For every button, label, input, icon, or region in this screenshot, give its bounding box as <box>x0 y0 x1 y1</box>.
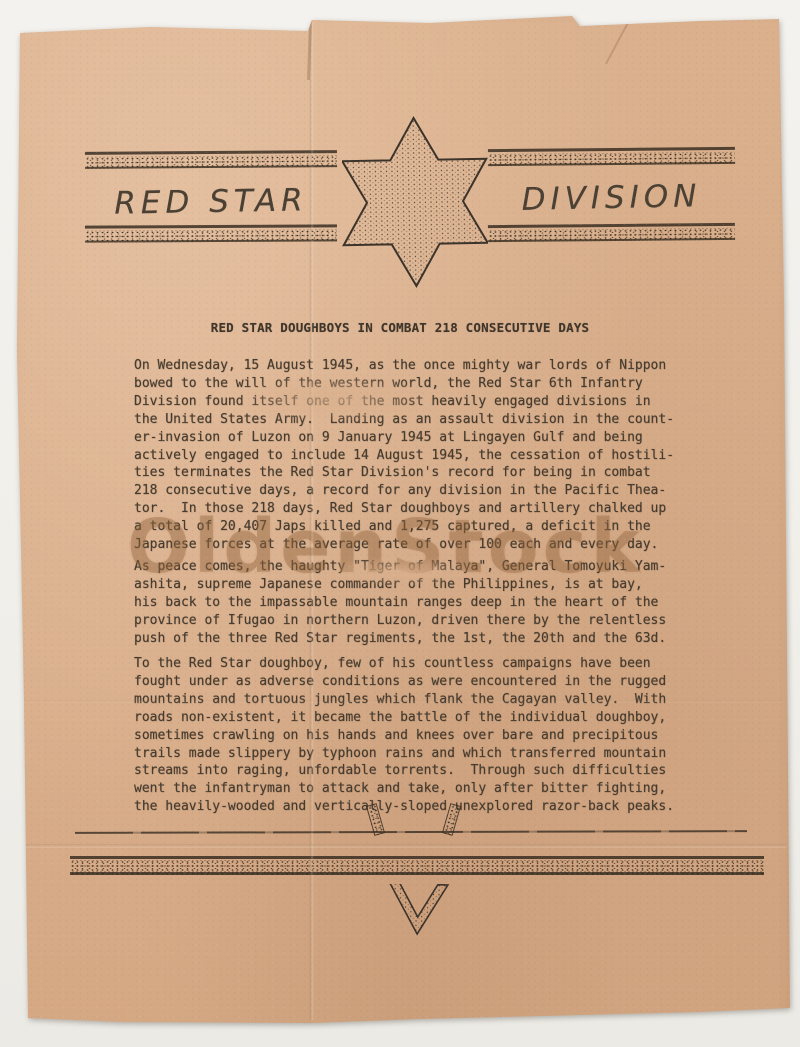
red-star-title: RED STAR <box>85 182 338 222</box>
star-bottom-point-icon <box>388 884 458 936</box>
scanned-page: RED STAR DIVISION RED STAR DOUGHBOYS IN … <box>0 0 800 1047</box>
corner-crease <box>605 15 633 65</box>
horizontal-fold-crease-faint <box>22 700 782 703</box>
banner-bar-left-top <box>85 150 337 169</box>
paragraph-3: To the Red Star doughboy, few of his cou… <box>134 655 674 816</box>
paragraph-1: On Wednesday, 15 August 1945, as the onc… <box>134 357 674 554</box>
banner-bar-right-top <box>488 147 735 166</box>
banner-bar-right-bottom <box>488 223 735 242</box>
bottom-rule <box>75 830 747 834</box>
horizontal-fold-crease <box>22 844 786 848</box>
paragraph-2: As peace comes, the haughty "Tiger of Ma… <box>134 558 666 648</box>
vertical-fold-crease <box>309 22 314 1020</box>
star-of-david-icon <box>342 116 488 288</box>
bottom-band <box>70 856 764 875</box>
banner-bar-left-bottom <box>85 224 337 242</box>
paper-sheet: RED STAR DIVISION RED STAR DOUGHBOYS IN … <box>0 0 800 1047</box>
division-title: DIVISION <box>488 177 736 218</box>
headline: RED STAR DOUGHBOYS IN COMBAT 218 CONSECU… <box>0 320 800 335</box>
